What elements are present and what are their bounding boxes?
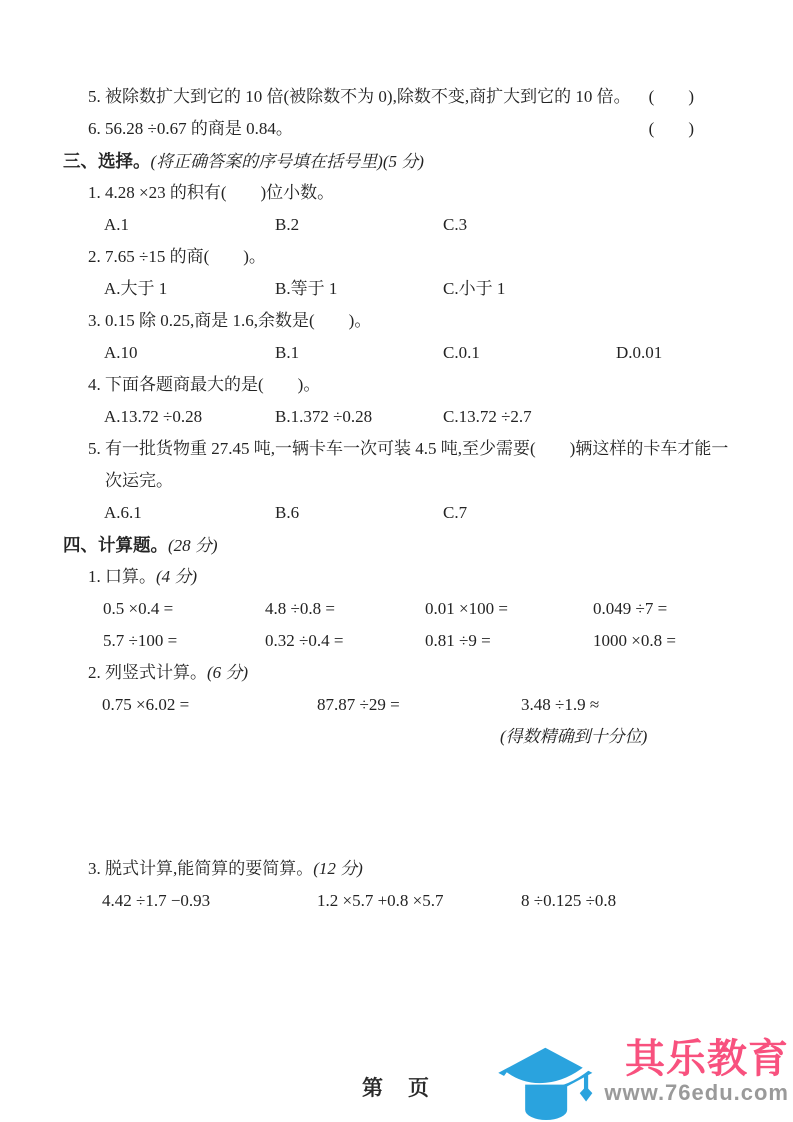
- option-c: C.7: [443, 497, 616, 529]
- stepwise-expression: 8 ÷0.125 ÷0.8: [521, 885, 730, 917]
- choice-section-title: 三、选择。: [63, 151, 151, 171]
- oral-expression: 5.7 ÷100 =: [103, 625, 265, 657]
- oral-calc-row-1: 0.5 ×0.4 = 4.8 ÷0.8 = 0.01 ×100 = 0.049 …: [103, 593, 730, 625]
- oral-calc-row-2: 5.7 ÷100 = 0.32 ÷0.4 = 0.81 ÷9 = 1000 ×0…: [103, 625, 730, 657]
- option-c: C.13.72 ÷2.7: [443, 401, 616, 433]
- judge-question-6-text: 6. 56.28 ÷0.67 的商是 0.84。: [88, 113, 293, 145]
- stepwise-calc-note: (12 分): [313, 859, 363, 878]
- stepwise-expression: 4.42 ÷1.7 −0.93: [102, 885, 317, 917]
- choice-q4-stem: 4. 下面各题商最大的是( )。: [63, 369, 730, 401]
- oral-expression: 0.32 ÷0.4 =: [265, 625, 425, 657]
- choice-section-note: (将正确答案的序号填在括号里)(5 分): [151, 152, 424, 171]
- choice-q5-stem-line1: 5. 有一批货物重 27.45 吨,一辆卡车一次可装 4.5 吨,至少需要( )…: [63, 433, 730, 465]
- exam-paper-page: 5. 被除数扩大到它的 10 倍(被除数不为 0),除数不变,商扩大到它的 10…: [0, 0, 793, 1122]
- option-a: A.大于 1: [104, 273, 275, 305]
- brand-url: www.76edu.com: [604, 1081, 789, 1105]
- judge-question-5-text: 5. 被除数扩大到它的 10 倍(被除数不为 0),除数不变,商扩大到它的 10…: [88, 81, 631, 113]
- judge-question-6-bracket: ( ): [649, 113, 694, 145]
- option-c: C.3: [443, 209, 616, 241]
- choice-q1-options: A.1 B.2 C.3: [104, 209, 730, 241]
- choice-q3-stem: 3. 0.15 除 0.25,商是 1.6,余数是( )。: [63, 305, 730, 337]
- oral-expression: 4.8 ÷0.8 =: [265, 593, 425, 625]
- vertical-expression: 3.48 ÷1.9 ≈: [521, 689, 730, 721]
- option-a: A.1: [104, 209, 275, 241]
- calc-section-heading: 四、计算题。(28 分): [63, 529, 730, 561]
- vertical-expression: 0.75 ×6.02 =: [102, 689, 317, 721]
- oral-expression: 0.81 ÷9 =: [425, 625, 593, 657]
- graduation-cap-icon: [496, 1041, 598, 1122]
- option-c: C.小于 1: [443, 273, 616, 305]
- oral-expression: 0.5 ×0.4 =: [103, 593, 265, 625]
- exam-content: 5. 被除数扩大到它的 10 倍(被除数不为 0),除数不变,商扩大到它的 10…: [63, 81, 730, 917]
- judge-question-6: 6. 56.28 ÷0.67 的商是 0.84。 ( ): [63, 113, 730, 145]
- stepwise-expression: 1.2 ×5.7 +0.8 ×5.7: [317, 885, 521, 917]
- option-c: C.0.1: [443, 337, 616, 369]
- oral-expression: 1000 ×0.8 =: [593, 625, 730, 657]
- vertical-calc-hint: (得数精确到十分位): [500, 721, 730, 753]
- option-b: B.2: [275, 209, 443, 241]
- option-a: A.10: [104, 337, 275, 369]
- oral-expression: 0.049 ÷7 =: [593, 593, 730, 625]
- vertical-calc-note: (6 分): [207, 663, 248, 682]
- stepwise-calc-row: 4.42 ÷1.7 −0.93 1.2 ×5.7 +0.8 ×5.7 8 ÷0.…: [102, 885, 730, 917]
- choice-q3-options: A.10 B.1 C.0.1 D.0.01: [104, 337, 730, 369]
- choice-section-heading: 三、选择。(将正确答案的序号填在括号里)(5 分): [63, 145, 730, 177]
- oral-calc-note: (4 分): [156, 567, 197, 586]
- choice-q5-options: A.6.1 B.6 C.7: [104, 497, 730, 529]
- choice-q4-options: A.13.72 ÷0.28 B.1.372 ÷0.28 C.13.72 ÷2.7: [104, 401, 730, 433]
- vertical-calc-label: 2. 列竖式计算。(6 分): [63, 657, 730, 689]
- brand-logo: 其乐教育 www.76edu.com: [496, 1037, 789, 1122]
- oral-calc-label: 1. 口算。(4 分): [63, 561, 730, 593]
- working-space: [63, 753, 730, 853]
- brand-name: 其乐教育: [625, 1037, 789, 1081]
- option-b: B.6: [275, 497, 443, 529]
- oral-expression: 0.01 ×100 =: [425, 593, 593, 625]
- judge-question-5: 5. 被除数扩大到它的 10 倍(被除数不为 0),除数不变,商扩大到它的 10…: [63, 81, 730, 113]
- brand-text-block: 其乐教育 www.76edu.com: [604, 1037, 789, 1105]
- stepwise-calc-label: 3. 脱式计算,能简算的要简算。(12 分): [63, 853, 730, 885]
- option-d: D.0.01: [616, 337, 730, 369]
- option-b: B.1: [275, 337, 443, 369]
- choice-q2-stem: 2. 7.65 ÷15 的商( )。: [63, 241, 730, 273]
- choice-q1-stem: 1. 4.28 ×23 的积有( )位小数。: [63, 177, 730, 209]
- vertical-expression: 87.87 ÷29 =: [317, 689, 521, 721]
- calc-section-title: 四、计算题。: [63, 535, 168, 555]
- option-a: A.6.1: [104, 497, 275, 529]
- choice-q5-stem-line2: 次运完。: [63, 465, 730, 497]
- vertical-calc-row: 0.75 ×6.02 = 87.87 ÷29 = 3.48 ÷1.9 ≈: [102, 689, 730, 721]
- option-b: B.等于 1: [275, 273, 443, 305]
- calc-section-note: (28 分): [168, 536, 218, 555]
- option-a: A.13.72 ÷0.28: [104, 401, 275, 433]
- choice-q2-options: A.大于 1 B.等于 1 C.小于 1: [104, 273, 730, 305]
- judge-question-5-bracket: ( ): [649, 81, 694, 113]
- option-b: B.1.372 ÷0.28: [275, 401, 443, 433]
